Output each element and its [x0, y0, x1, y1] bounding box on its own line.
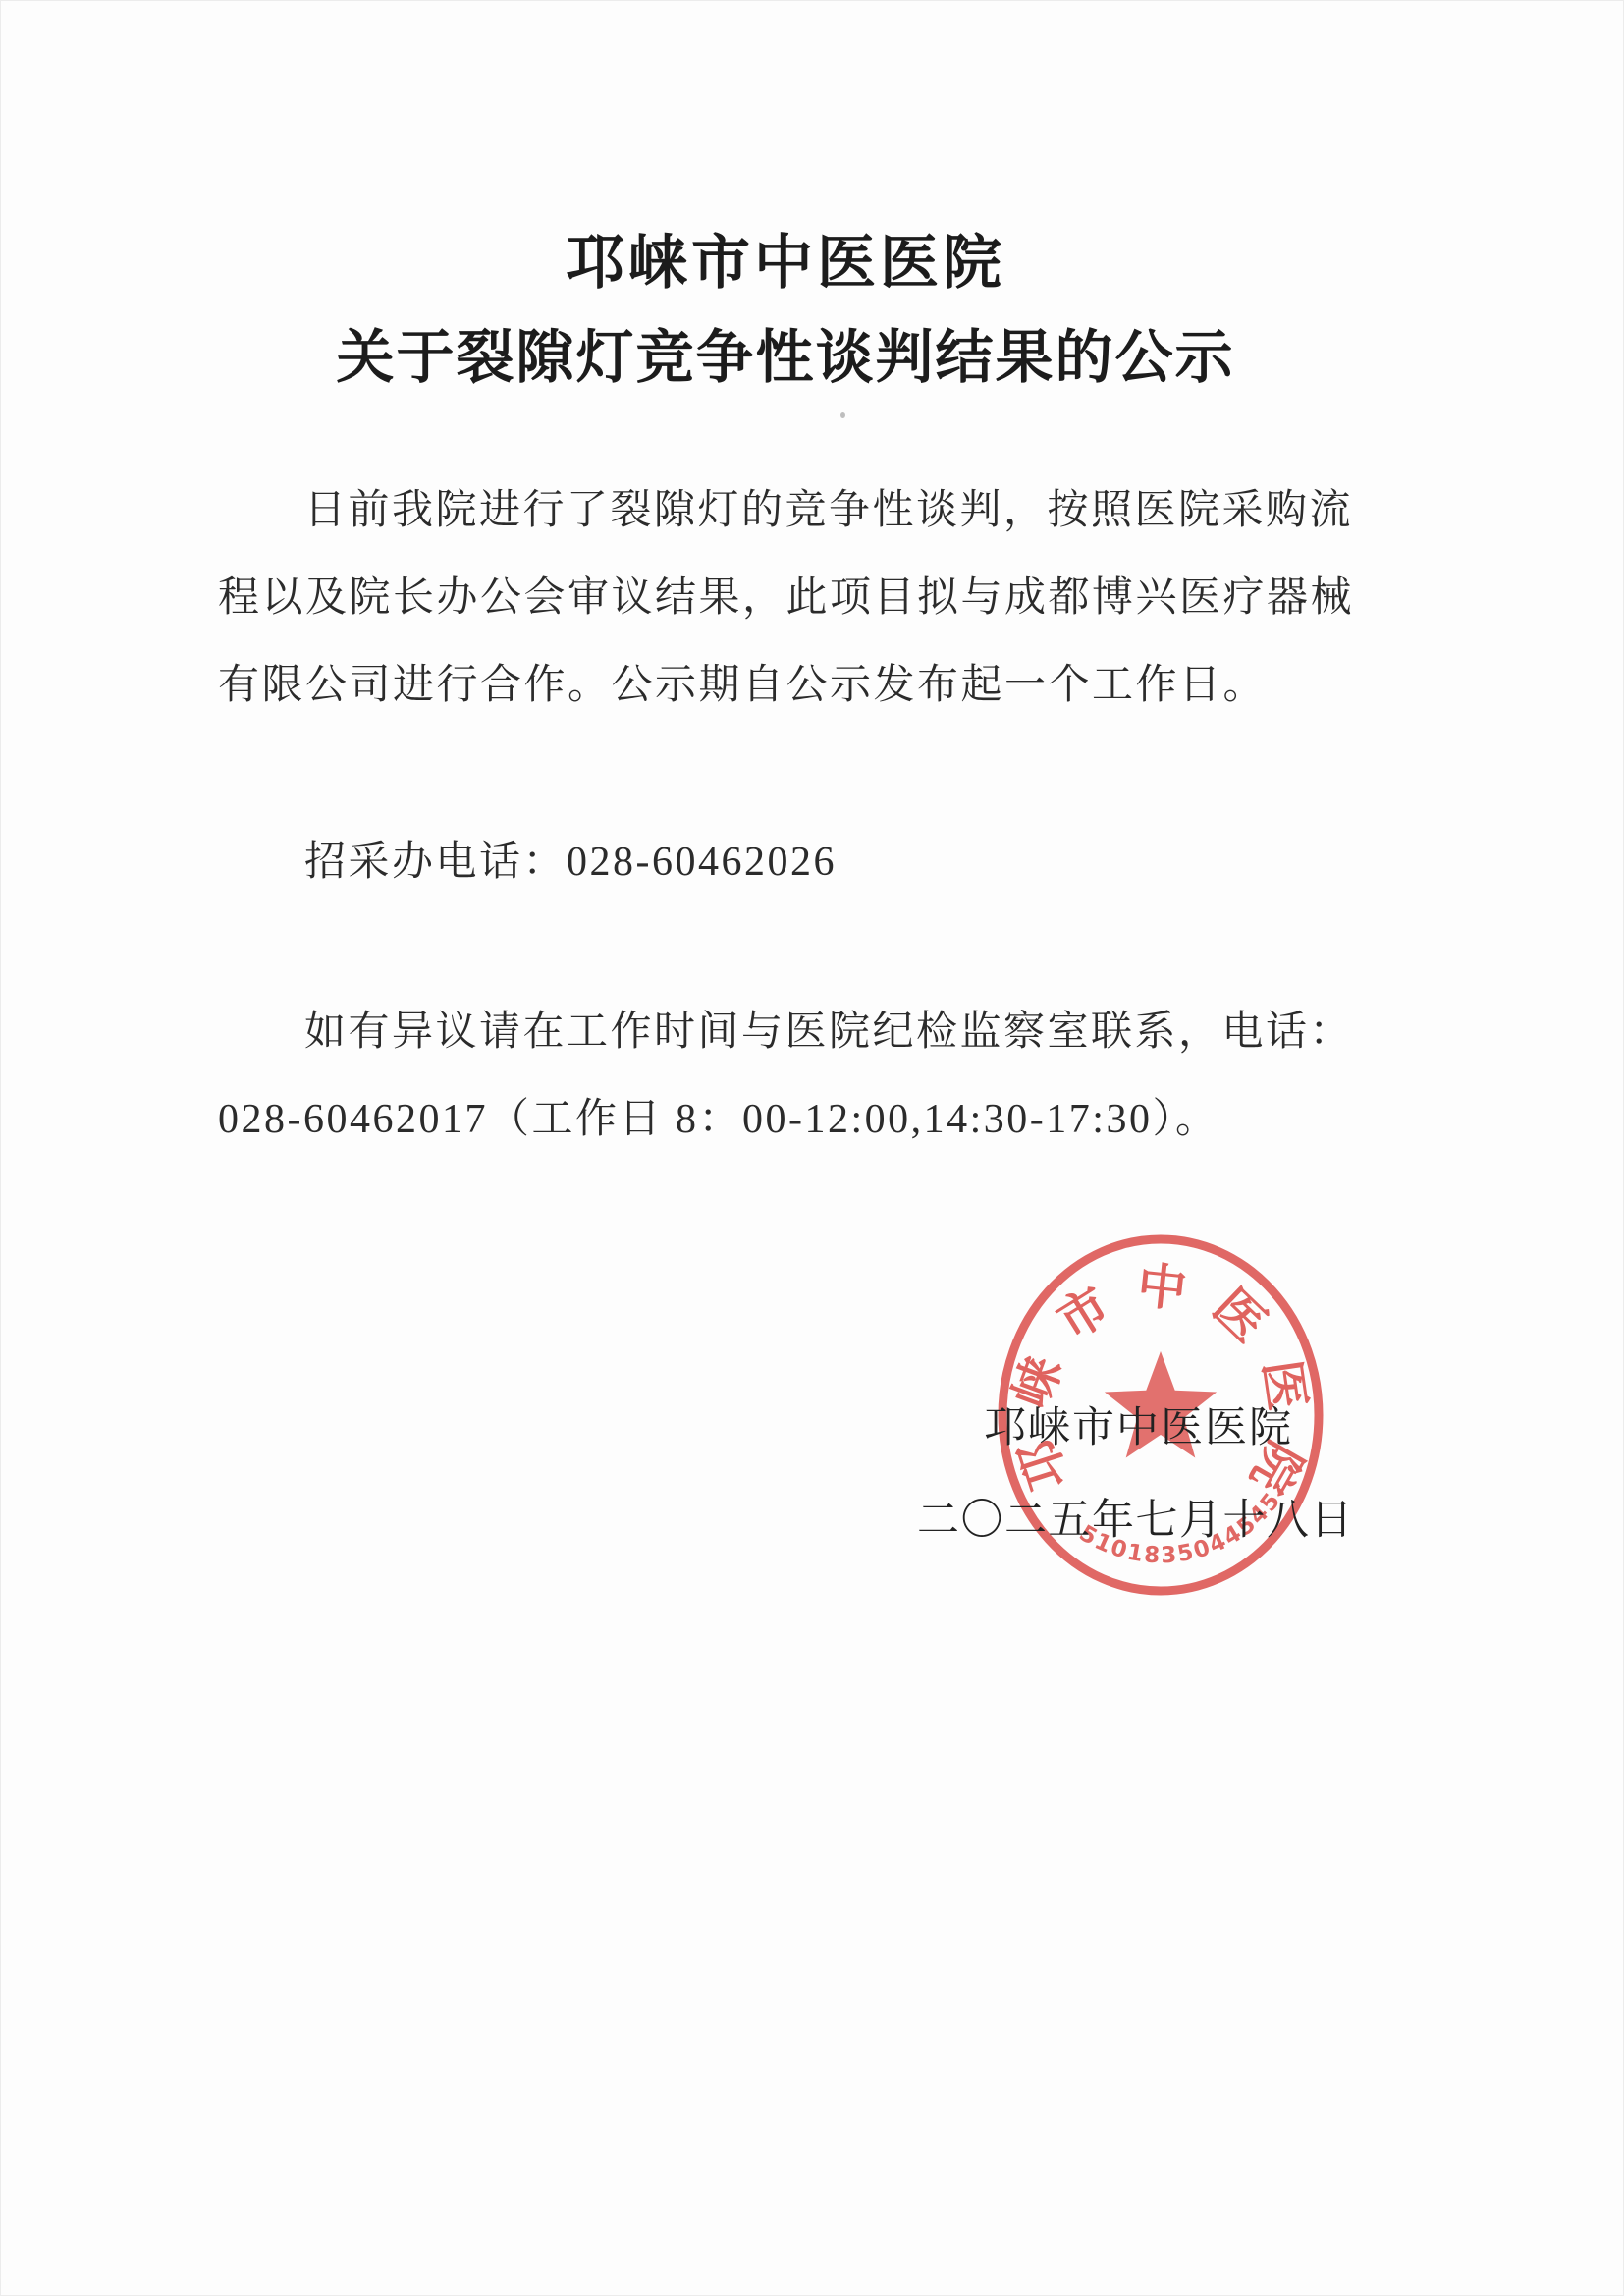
signature-organization: 邛崃市中医医院 [984, 1394, 1293, 1454]
procurement-phone-line: 招采办电话：028-60462026 [304, 840, 837, 885]
ink-speck [840, 412, 845, 418]
paragraph2-line2: 028-60462017（工作日 8：00-12:00,14:30-17:30）… [218, 1097, 1218, 1142]
document-title-subject: 关于裂隙灯竞争性谈判结果的公示 [0, 310, 1571, 394]
document-title-org: 邛崃市中医医院 [0, 216, 1571, 301]
paragraph1-line1: 日前我院进行了裂隙灯的竞争性谈判，按照医院采购流 [304, 488, 1353, 533]
scanned-document-page: 邛崃市中医医院 关于裂隙灯竞争性谈判结果的公示 日前我院进行了裂隙灯的竞争性谈判… [0, 0, 1624, 2296]
signature-date: 二〇二五年七月十八日 [917, 1487, 1354, 1547]
paragraph1-line2: 程以及院长办公会审议结果，此项目拟与成都博兴医疗器械 [218, 575, 1354, 621]
paragraph1-line3: 有限公司进行合作。公示期自公示发布起一个工作日。 [218, 663, 1267, 708]
paragraph2-line1: 如有异议请在工作时间与医院纪检监察室联系，电话： [304, 1010, 1353, 1055]
